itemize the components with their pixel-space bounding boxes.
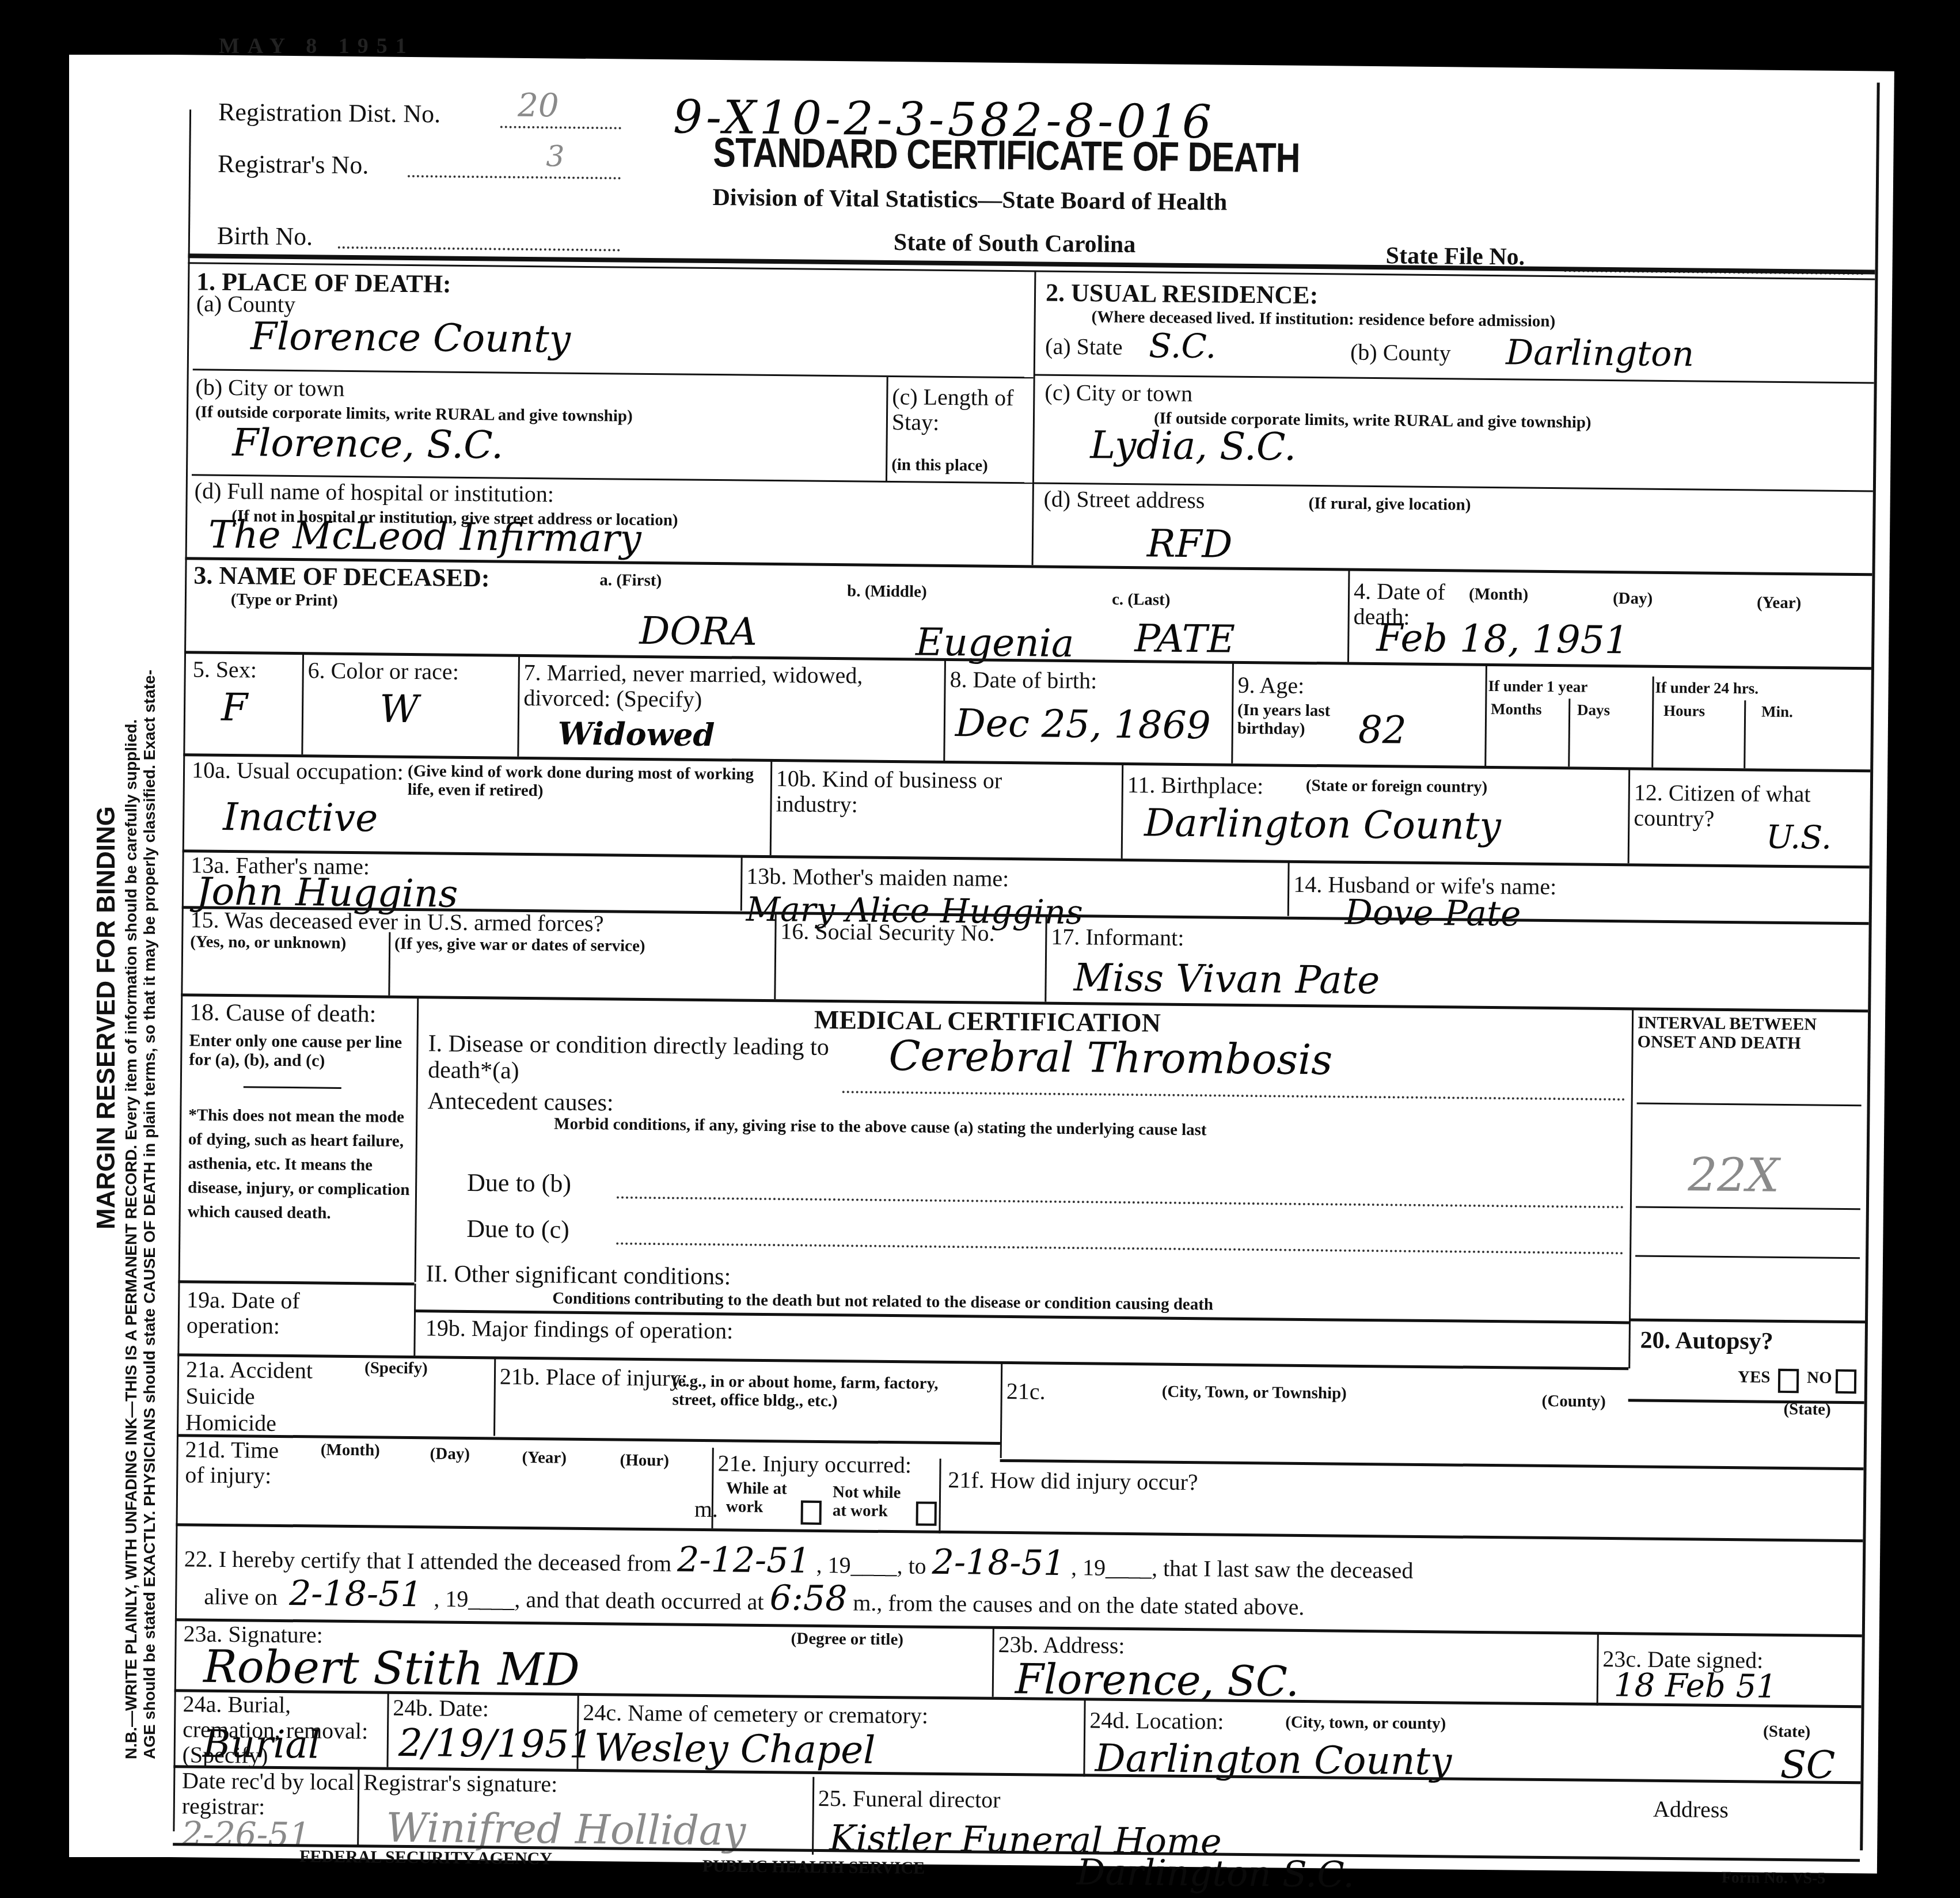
burial-state-note: (State) xyxy=(1763,1723,1810,1742)
cause-footnote: *This does not mean the mode of dying, s… xyxy=(188,1103,413,1226)
registration-dist-label: Registration Dist. No. xyxy=(218,98,441,128)
time-of-death-value: 6:58 xyxy=(769,1578,847,1619)
city-label: (b) City or town xyxy=(195,374,344,401)
citizenship-value: U.S. xyxy=(1766,822,1832,855)
divider-date-of-death xyxy=(1347,570,1350,662)
cert-text: , to xyxy=(897,1552,926,1578)
age-label: 9. Age: xyxy=(1237,673,1304,699)
dod-day-label: (Day) xyxy=(1613,590,1653,609)
divider-cause-notes xyxy=(415,997,419,1282)
divider xyxy=(1568,699,1570,766)
frame-right xyxy=(1860,82,1879,1850)
date-of-birth-label: 8. Date of birth: xyxy=(949,667,1097,693)
middle-name-label: b. (Middle) xyxy=(847,582,927,601)
street-address-value: RFD xyxy=(1147,525,1233,563)
rule xyxy=(1636,1206,1860,1210)
cert-text: , 19 xyxy=(1071,1554,1106,1581)
certificate-title: STANDARD CERTIFICATE OF DEATH xyxy=(713,129,1300,182)
divider xyxy=(517,656,520,757)
under-1-year-label: If under 1 year xyxy=(1488,678,1587,696)
rule xyxy=(178,1280,415,1285)
divider xyxy=(1628,768,1631,863)
rule xyxy=(616,1242,1624,1254)
funeral-address-label: Address xyxy=(1653,1797,1729,1823)
rule xyxy=(244,1086,341,1089)
informant-label: 17. Informant: xyxy=(1051,924,1184,951)
cause-note: Enter only one cause per line for (a), (… xyxy=(189,1031,414,1071)
injury-state-note: (State) xyxy=(1783,1400,1830,1419)
registrar-signature-label: Registrar's signature: xyxy=(363,1770,558,1797)
armed-forces-note-1: (Yes, no, or unknown) xyxy=(190,933,346,952)
last-name-value: PATE xyxy=(1134,620,1235,659)
divider xyxy=(357,1768,359,1846)
divider xyxy=(1597,1634,1599,1706)
divider xyxy=(774,913,776,999)
state-name: State of South Carolina xyxy=(894,229,1136,259)
divider xyxy=(812,1777,814,1855)
rule xyxy=(1637,1102,1862,1106)
burial-date-value: 2/19/1951 xyxy=(398,1724,594,1764)
other-conditions-label: II. Other significant conditions: xyxy=(426,1261,731,1290)
armed-forces-note-2: (If yes, give war or dates of service) xyxy=(394,935,645,956)
county-value: Florence County xyxy=(250,317,571,358)
injury-city-label: 21c. xyxy=(1006,1379,1046,1404)
street-address-label: (d) Street address xyxy=(1043,487,1205,514)
street-address-note: (If rural, give location) xyxy=(1308,495,1471,515)
interval-marks: 22X xyxy=(1688,1152,1780,1199)
divider xyxy=(740,856,743,911)
divider xyxy=(1231,663,1234,764)
autopsy-label: 20. Autopsy? xyxy=(1640,1327,1773,1355)
footer-service: PUBLIC HEALTH SERVICE xyxy=(702,1857,925,1878)
registration-dist-line xyxy=(500,126,621,129)
length-of-stay-label: (c) Length of Stay: xyxy=(892,384,1031,436)
months-label: Months xyxy=(1491,701,1542,719)
form-number: Form No. VS-5 xyxy=(1722,1869,1826,1888)
residence-state-label: (a) State xyxy=(1045,334,1123,360)
registrars-no-label: Registrar's No. xyxy=(218,150,369,180)
margin-instructions-1: N.B.—WRITE PLAINLY, WITH UNFADING INK—TH… xyxy=(122,719,140,1759)
injury-occurred-label: 21e. Injury occurred: xyxy=(717,1451,911,1478)
race-label: 6. Color or race: xyxy=(308,658,459,685)
other-conditions-note: Conditions contributing to the death but… xyxy=(552,1289,1213,1314)
divider xyxy=(1044,916,1047,1002)
first-name-label: a. (First) xyxy=(599,571,662,590)
hospital-value: The McLeod Infirmary xyxy=(208,516,641,558)
burial-location-label: 24d. Location: xyxy=(1089,1707,1224,1734)
informant-value: Miss Vivan Pate xyxy=(1073,959,1380,1000)
operation-date-label: 19a. Date of operation: xyxy=(187,1287,360,1339)
attended-from-value: 2-12-51 xyxy=(677,1540,811,1581)
injury-day-label: (Day) xyxy=(430,1445,470,1464)
occupation-note: (Give kind of work done during most of w… xyxy=(408,762,765,803)
divider xyxy=(1083,1699,1085,1776)
operation-findings-label: 19b. Major findings of operation: xyxy=(426,1315,734,1343)
cert-text: alive on xyxy=(204,1584,278,1610)
burial-location-note: (City, town, or county) xyxy=(1285,1714,1446,1734)
not-while-at-work-checkbox[interactable] xyxy=(916,1502,937,1526)
last-name-label: c. (Last) xyxy=(1112,591,1171,610)
middle-name-value: Eugenia xyxy=(916,623,1074,663)
disease-label: I. Disease or condition directly leading… xyxy=(428,1030,843,1087)
divider xyxy=(992,1628,994,1697)
interval-heading: INTERVAL BETWEEN ONSET AND DEATH xyxy=(1638,1013,1863,1053)
divider xyxy=(1121,764,1124,859)
antecedent-label: Antecedent causes: xyxy=(427,1088,613,1116)
divider xyxy=(386,1692,389,1767)
injury-city-note: (City, Town, or Township) xyxy=(1162,1383,1347,1403)
frame-left xyxy=(173,109,191,1831)
rule xyxy=(176,1523,1863,1542)
name-of-deceased-heading: 3. NAME OF DECEASED: xyxy=(193,561,490,592)
registrars-no-value: 3 xyxy=(546,142,564,170)
not-while-at-work-label: Not while at work xyxy=(833,1483,914,1521)
morbid-note: Morbid conditions, if any, giving rise t… xyxy=(554,1115,1207,1140)
divider xyxy=(770,760,773,855)
burial-state-value: SC xyxy=(1780,1746,1835,1785)
divider xyxy=(493,1358,496,1436)
cert-text: , and that death occurred at xyxy=(514,1586,764,1615)
residence-county-label: (b) County xyxy=(1350,340,1451,366)
occupation-value: Inactive xyxy=(223,798,378,838)
due-to-b-label: Due to (b) xyxy=(467,1169,571,1198)
under-24-hours-label: If under 24 hrs. xyxy=(1655,680,1758,697)
birth-no-label: Birth No. xyxy=(217,222,313,251)
divider xyxy=(388,932,390,996)
age-note: (In years last birthday) xyxy=(1237,701,1353,739)
sex-value: F xyxy=(221,689,248,727)
injury-month-label: (Month) xyxy=(321,1441,380,1460)
accident-specify-label: (Specify) xyxy=(364,1359,428,1378)
rule xyxy=(183,849,1870,868)
date-of-birth-value: Dec 25, 1869 xyxy=(955,704,1211,745)
armed-forces-label: 15. Was deceased ever in U.S. armed forc… xyxy=(190,907,603,936)
cemetery-label: 24c. Name of cemetery or crematory: xyxy=(583,1700,928,1729)
injury-m-label: m. xyxy=(694,1497,719,1522)
type-or-print-note: (Type or Print) xyxy=(231,591,338,610)
divider xyxy=(1651,677,1654,768)
dod-year-label: (Year) xyxy=(1757,594,1802,613)
divider-length-stay xyxy=(886,377,888,481)
divider xyxy=(1000,1363,1003,1458)
burial-date-label: 24b. Date: xyxy=(393,1695,489,1722)
funeral-director-label: 25. Funeral director xyxy=(818,1786,1001,1813)
divider xyxy=(301,654,304,754)
city-value: Florence, S.C. xyxy=(232,424,503,465)
due-to-c-label: Due to (c) xyxy=(466,1215,569,1244)
how-injury-label: 21f. How did injury occur? xyxy=(948,1467,1198,1495)
rule xyxy=(842,1091,1625,1100)
divider xyxy=(413,1284,416,1356)
autopsy-yes-checkbox[interactable] xyxy=(1778,1369,1799,1393)
occupation-label: 10a. Usual occupation: xyxy=(192,757,404,785)
cert-text: 22. I hereby certify that I attended the… xyxy=(184,1546,672,1576)
certification-line-2: alive on2-18-51, 19____, and that death … xyxy=(204,1576,1305,1620)
attended-to-value: 2-18-51 xyxy=(932,1542,1065,1584)
certificate-subtitle: Division of Vital Statistics—State Board… xyxy=(712,184,1227,217)
death-certificate: Registration Dist. No. 20 Registrar's No… xyxy=(155,55,1894,1874)
residence-city-value: Lydia, S.C. xyxy=(1090,426,1296,466)
cert-text: , that I last saw the deceased xyxy=(1152,1555,1414,1583)
birth-no-line xyxy=(338,246,620,252)
registrars-no-line xyxy=(408,175,621,180)
business-label: 10b. Kind of business or industry: xyxy=(776,766,1064,819)
time-of-injury-label: 21d. Time of injury: xyxy=(185,1437,301,1489)
divider xyxy=(1744,700,1746,768)
cert-text: , 19 xyxy=(434,1585,468,1612)
residence-city-label: (c) City or town xyxy=(1044,380,1192,407)
mother-name-label: 13b. Mother's maiden name: xyxy=(746,864,1009,891)
rule xyxy=(1629,1318,1865,1323)
divider xyxy=(939,1459,941,1533)
residence-state-value: S.C. xyxy=(1149,329,1216,363)
county-label: (a) County xyxy=(196,291,296,317)
first-name-value: DORA xyxy=(639,612,757,651)
divider xyxy=(1484,665,1487,766)
physician-address-value: Florence, SC. xyxy=(1015,1658,1300,1702)
divider xyxy=(1287,861,1290,916)
birthplace-note: (State or foreign country) xyxy=(1306,777,1488,797)
dod-month-label: (Month) xyxy=(1469,586,1528,605)
date-of-death-value: Feb 18, 1951 xyxy=(1376,619,1629,659)
autopsy-no-checkbox[interactable] xyxy=(1836,1369,1856,1394)
cause-of-death-label: 18. Cause of death: xyxy=(189,999,377,1027)
registration-dist-value: 20 xyxy=(518,90,559,123)
binding-margin: MARGIN RESERVED FOR BINDING N.B.—WRITE P… xyxy=(69,55,173,1857)
residence-county-value: Darlington xyxy=(1506,335,1694,371)
disease-value: Cerebral Thrombosis xyxy=(888,1035,1333,1080)
date-signed-value: 18 Feb 51 xyxy=(1614,1669,1777,1703)
degree-label: (Degree or title) xyxy=(791,1630,903,1649)
physician-signature: Robert Stith MD xyxy=(203,1645,580,1693)
hospital-label: (d) Full name of hospital or institution… xyxy=(195,478,554,507)
marital-status-label: 7. Married, never married, widowed, divo… xyxy=(523,660,927,715)
marital-status-value: Widowed xyxy=(557,718,715,750)
race-value: W xyxy=(379,690,419,729)
minutes-label: Min. xyxy=(1761,704,1793,721)
funeral-address-value: Darlington S.C. xyxy=(1076,1854,1354,1893)
days-label: Days xyxy=(1577,701,1610,719)
ssn-label: 16. Social Security No. xyxy=(780,918,1022,946)
injury-hour-label: (Hour) xyxy=(620,1452,669,1471)
disposition-value: Burial xyxy=(203,1725,321,1764)
while-at-work-label: While at work xyxy=(726,1479,796,1517)
divider-interval xyxy=(1628,1008,1634,1368)
footer-agency: FEDERAL SECURITY AGENCY xyxy=(299,1847,552,1868)
registrar-signature-value: Winifred Holliday xyxy=(386,1808,746,1851)
hours-label: Hours xyxy=(1663,703,1705,720)
length-of-stay-note: (in this place) xyxy=(891,456,988,475)
cemetery-value: Wesley Chapel xyxy=(594,1729,875,1770)
last-seen-alive-value: 2-18-51 xyxy=(289,1573,423,1615)
autopsy-yes-label: YES xyxy=(1738,1368,1771,1387)
birthplace-label: 11. Birthplace: xyxy=(1127,772,1264,799)
cert-text: m., from the causes and on the date stat… xyxy=(853,1589,1305,1620)
age-value: 82 xyxy=(1358,711,1407,750)
autopsy-no-label: NO xyxy=(1807,1369,1832,1387)
date-received-label: Date rec'd by local registrar: xyxy=(182,1768,355,1820)
cert-text: , 19 xyxy=(816,1552,850,1578)
margin-instructions-2: AGE should be stated EXACTLY. PHYSICIANS… xyxy=(140,670,159,1759)
binding-label: MARGIN RESERVED FOR BINDING xyxy=(92,806,121,1229)
accident-label: 21a. Accident Suicide Homicide xyxy=(185,1356,313,1437)
place-of-injury-note: (e.g., in or about home, farm, factory, … xyxy=(528,1371,978,1412)
sex-label: 5. Sex: xyxy=(193,656,257,682)
rule xyxy=(617,1196,1624,1208)
divider-1-2 xyxy=(1032,271,1036,565)
rule xyxy=(1635,1255,1860,1259)
injury-county-note: (County) xyxy=(1542,1392,1606,1411)
injury-year-label: (Year) xyxy=(522,1449,567,1468)
birthplace-value: Darlington County xyxy=(1144,804,1501,845)
divider xyxy=(943,660,946,761)
spouse-name-value: Dove Pate xyxy=(1345,895,1521,932)
usual-residence-heading: 2. USUAL RESIDENCE: xyxy=(1046,279,1319,310)
while-at-work-checkbox[interactable] xyxy=(801,1501,822,1525)
